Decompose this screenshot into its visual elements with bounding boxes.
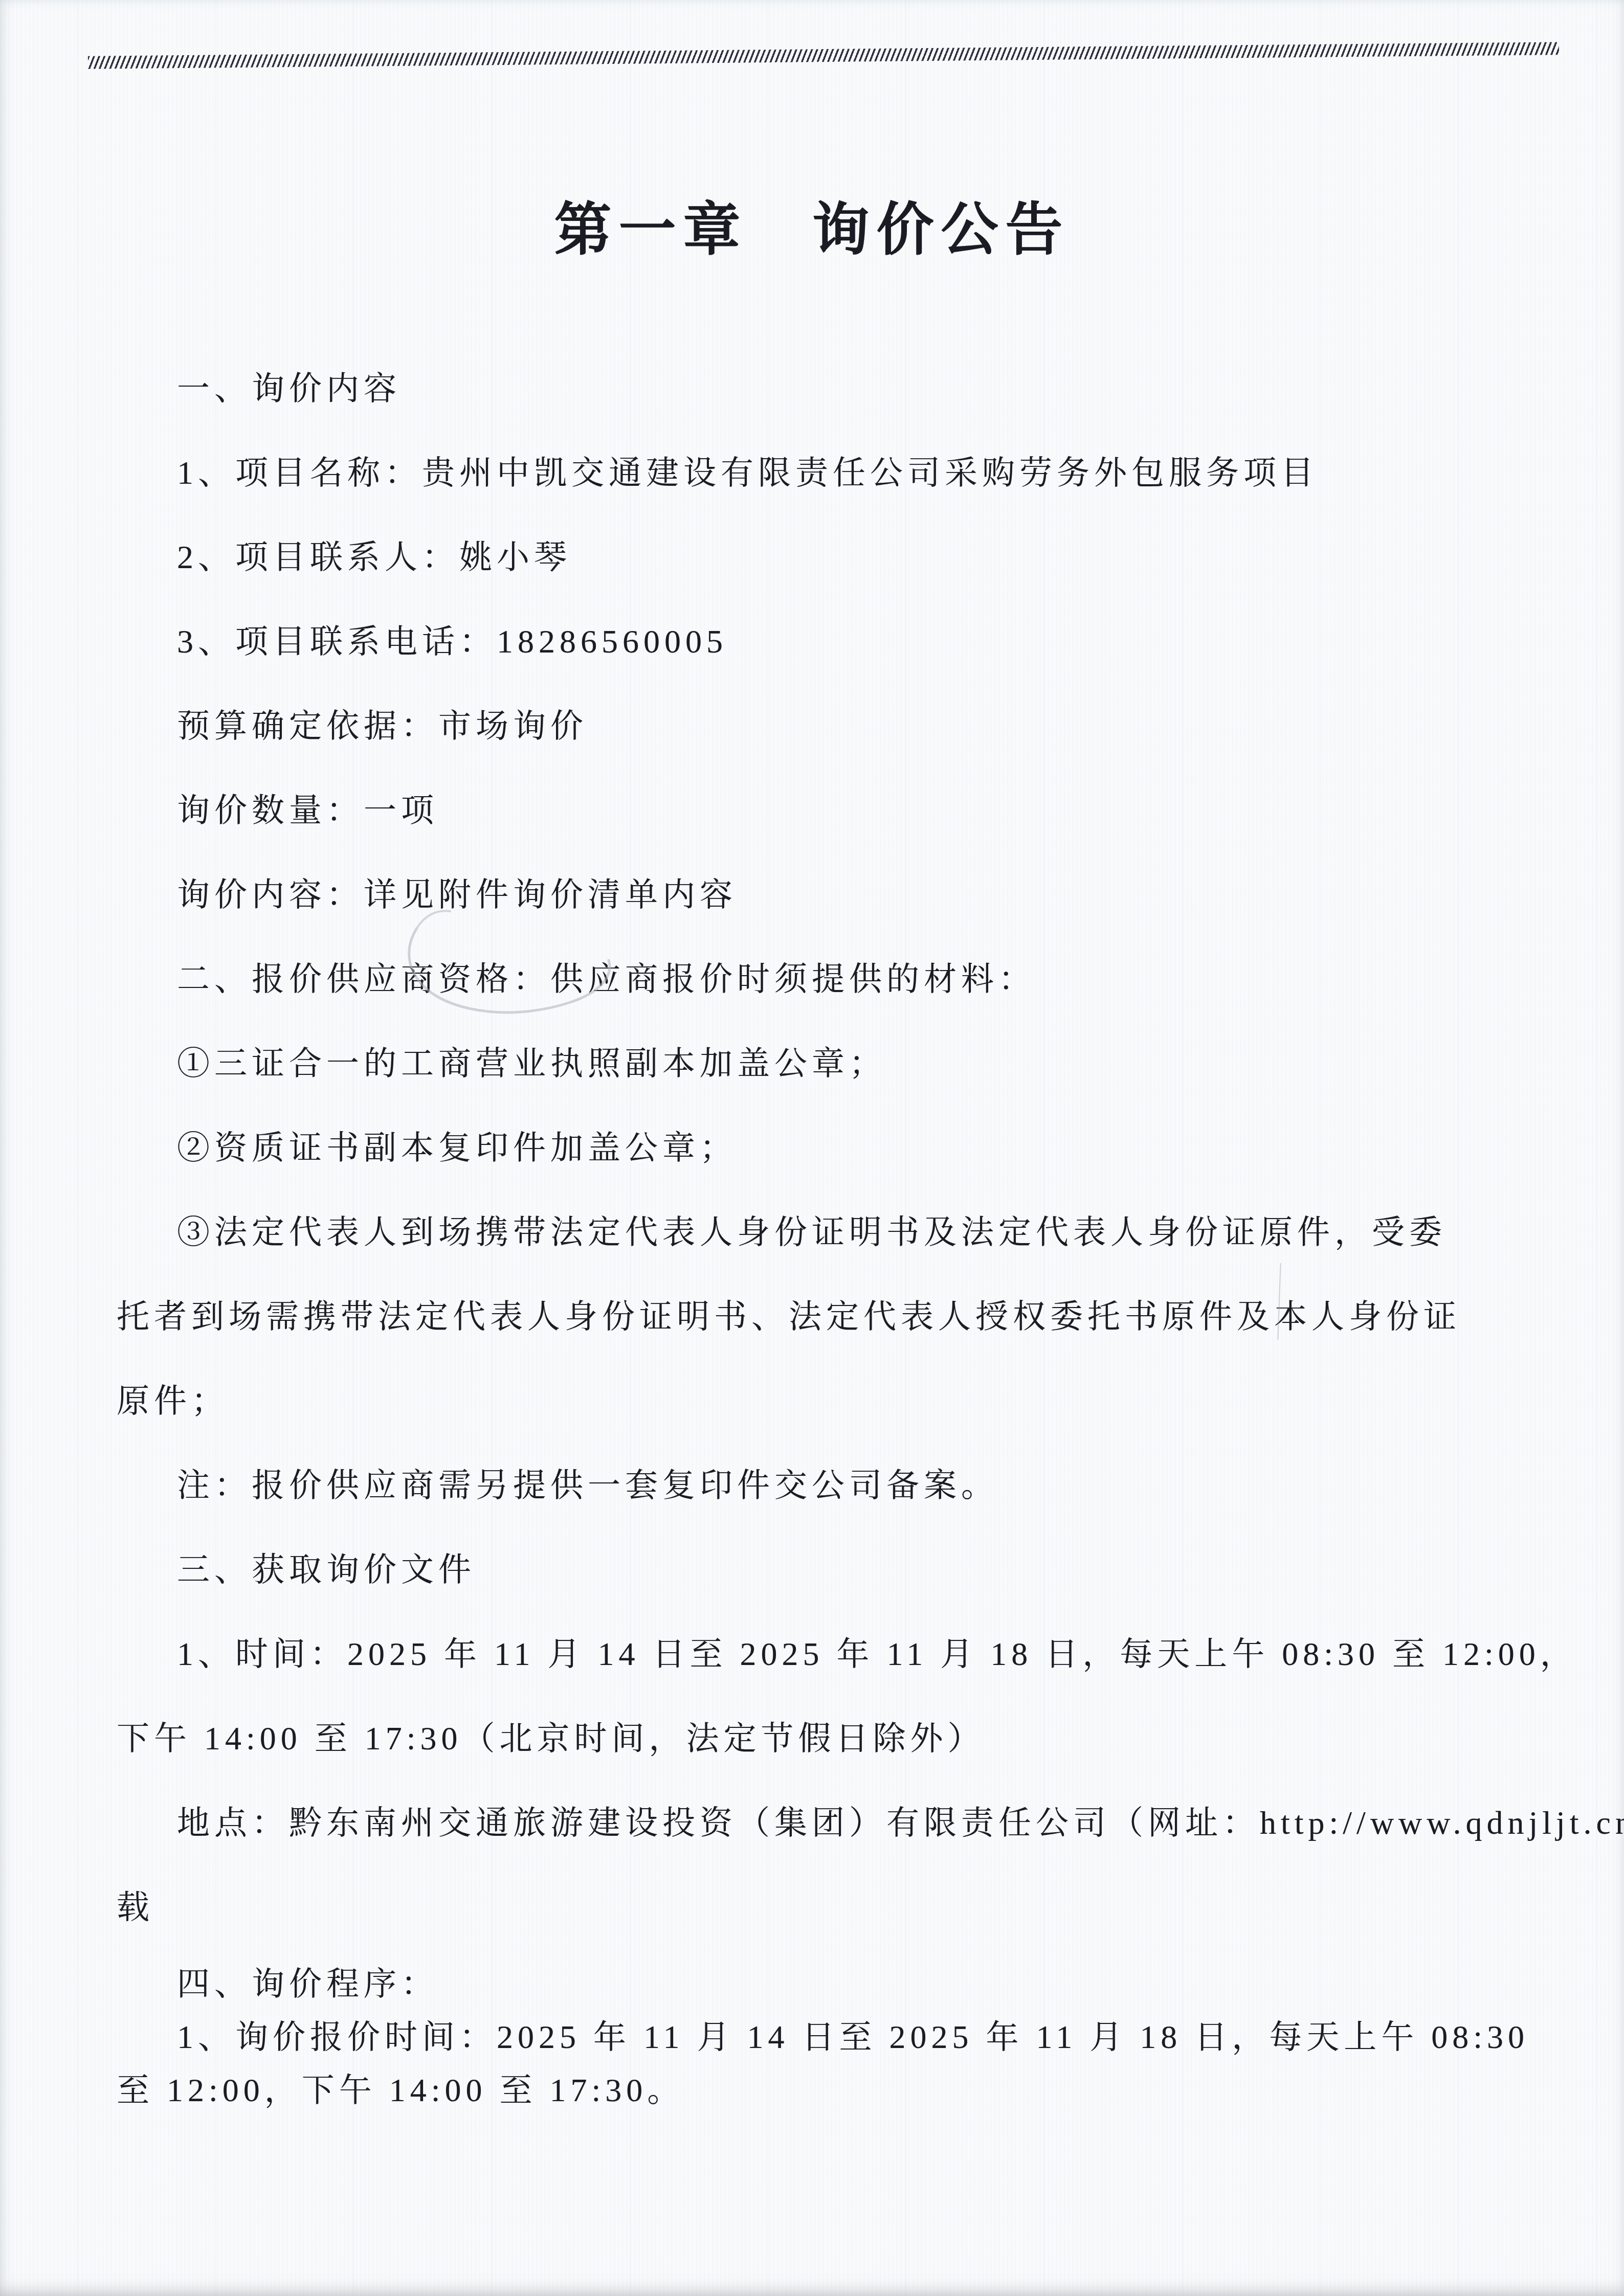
paragraph-line: 二、报价供应商资格：供应商报价时须提供的材料： <box>117 937 1552 1021</box>
paragraph-line: 载 <box>117 1865 1552 1949</box>
paragraph-line: 3、项目联系电话：18286560005 <box>117 599 1552 684</box>
paragraph-line: 2、项目联系人：姚小琴 <box>117 515 1552 599</box>
page-title: 第一章 询价公告 <box>0 0 1624 259</box>
paragraph-line: 至 12:00，下午 14:00 至 17:30。 <box>117 2064 1552 2117</box>
paragraph-line: 地点：黔东南州交通旅游建设投资（集团）有限责任公司（网址：http://www.… <box>117 1781 1552 1865</box>
paragraph-line: 1、项目名称：贵州中凯交通建设有限责任公司采购劳务外包服务项目 <box>117 431 1552 515</box>
paragraph-line: 询价内容：详见附件询价清单内容 <box>117 852 1552 937</box>
paragraph-line: ③法定代表人到场携带法定代表人身份证明书及法定代表人身份证原件，受委 <box>117 1190 1552 1274</box>
paragraph-line: 询价数量：一项 <box>117 768 1552 852</box>
paragraph-line: ①三证合一的工商营业执照副本加盖公章； <box>117 1021 1552 1106</box>
paragraph-line: 预算确定依据：市场询价 <box>117 684 1552 768</box>
paragraph-line: 托者到场需携带法定代表人身份证明书、法定代表人授权委托书原件及本人身份证 <box>117 1274 1552 1359</box>
paragraph-line: 三、获取询价文件 <box>117 1527 1552 1612</box>
paragraph-line: 下午 14:00 至 17:30（北京时间，法定节假日除外） <box>117 1696 1552 1781</box>
paragraph-line: 原件； <box>117 1359 1552 1443</box>
document-body: 一、询价内容 1、项目名称：贵州中凯交通建设有限责任公司采购劳务外包服务项目 2… <box>0 346 1624 2117</box>
paragraph-line: 1、询价报价时间：2025 年 11 月 14 日至 2025 年 11 月 1… <box>117 2011 1552 2064</box>
scanned-document-page: 第一章 询价公告 一、询价内容 1、项目名称：贵州中凯交通建设有限责任公司采购劳… <box>0 0 1624 2296</box>
paragraph-line: ②资质证书副本复印件加盖公章； <box>117 1106 1552 1190</box>
paragraph-line: 1、时间：2025 年 11 月 14 日至 2025 年 11 月 18 日，… <box>117 1612 1552 1696</box>
paragraph-line: 一、询价内容 <box>117 346 1552 431</box>
paragraph-line: 四、询价程序： <box>117 1957 1552 2011</box>
paragraph-line: 注：报价供应商需另提供一套复印件交公司备案。 <box>117 1443 1552 1527</box>
